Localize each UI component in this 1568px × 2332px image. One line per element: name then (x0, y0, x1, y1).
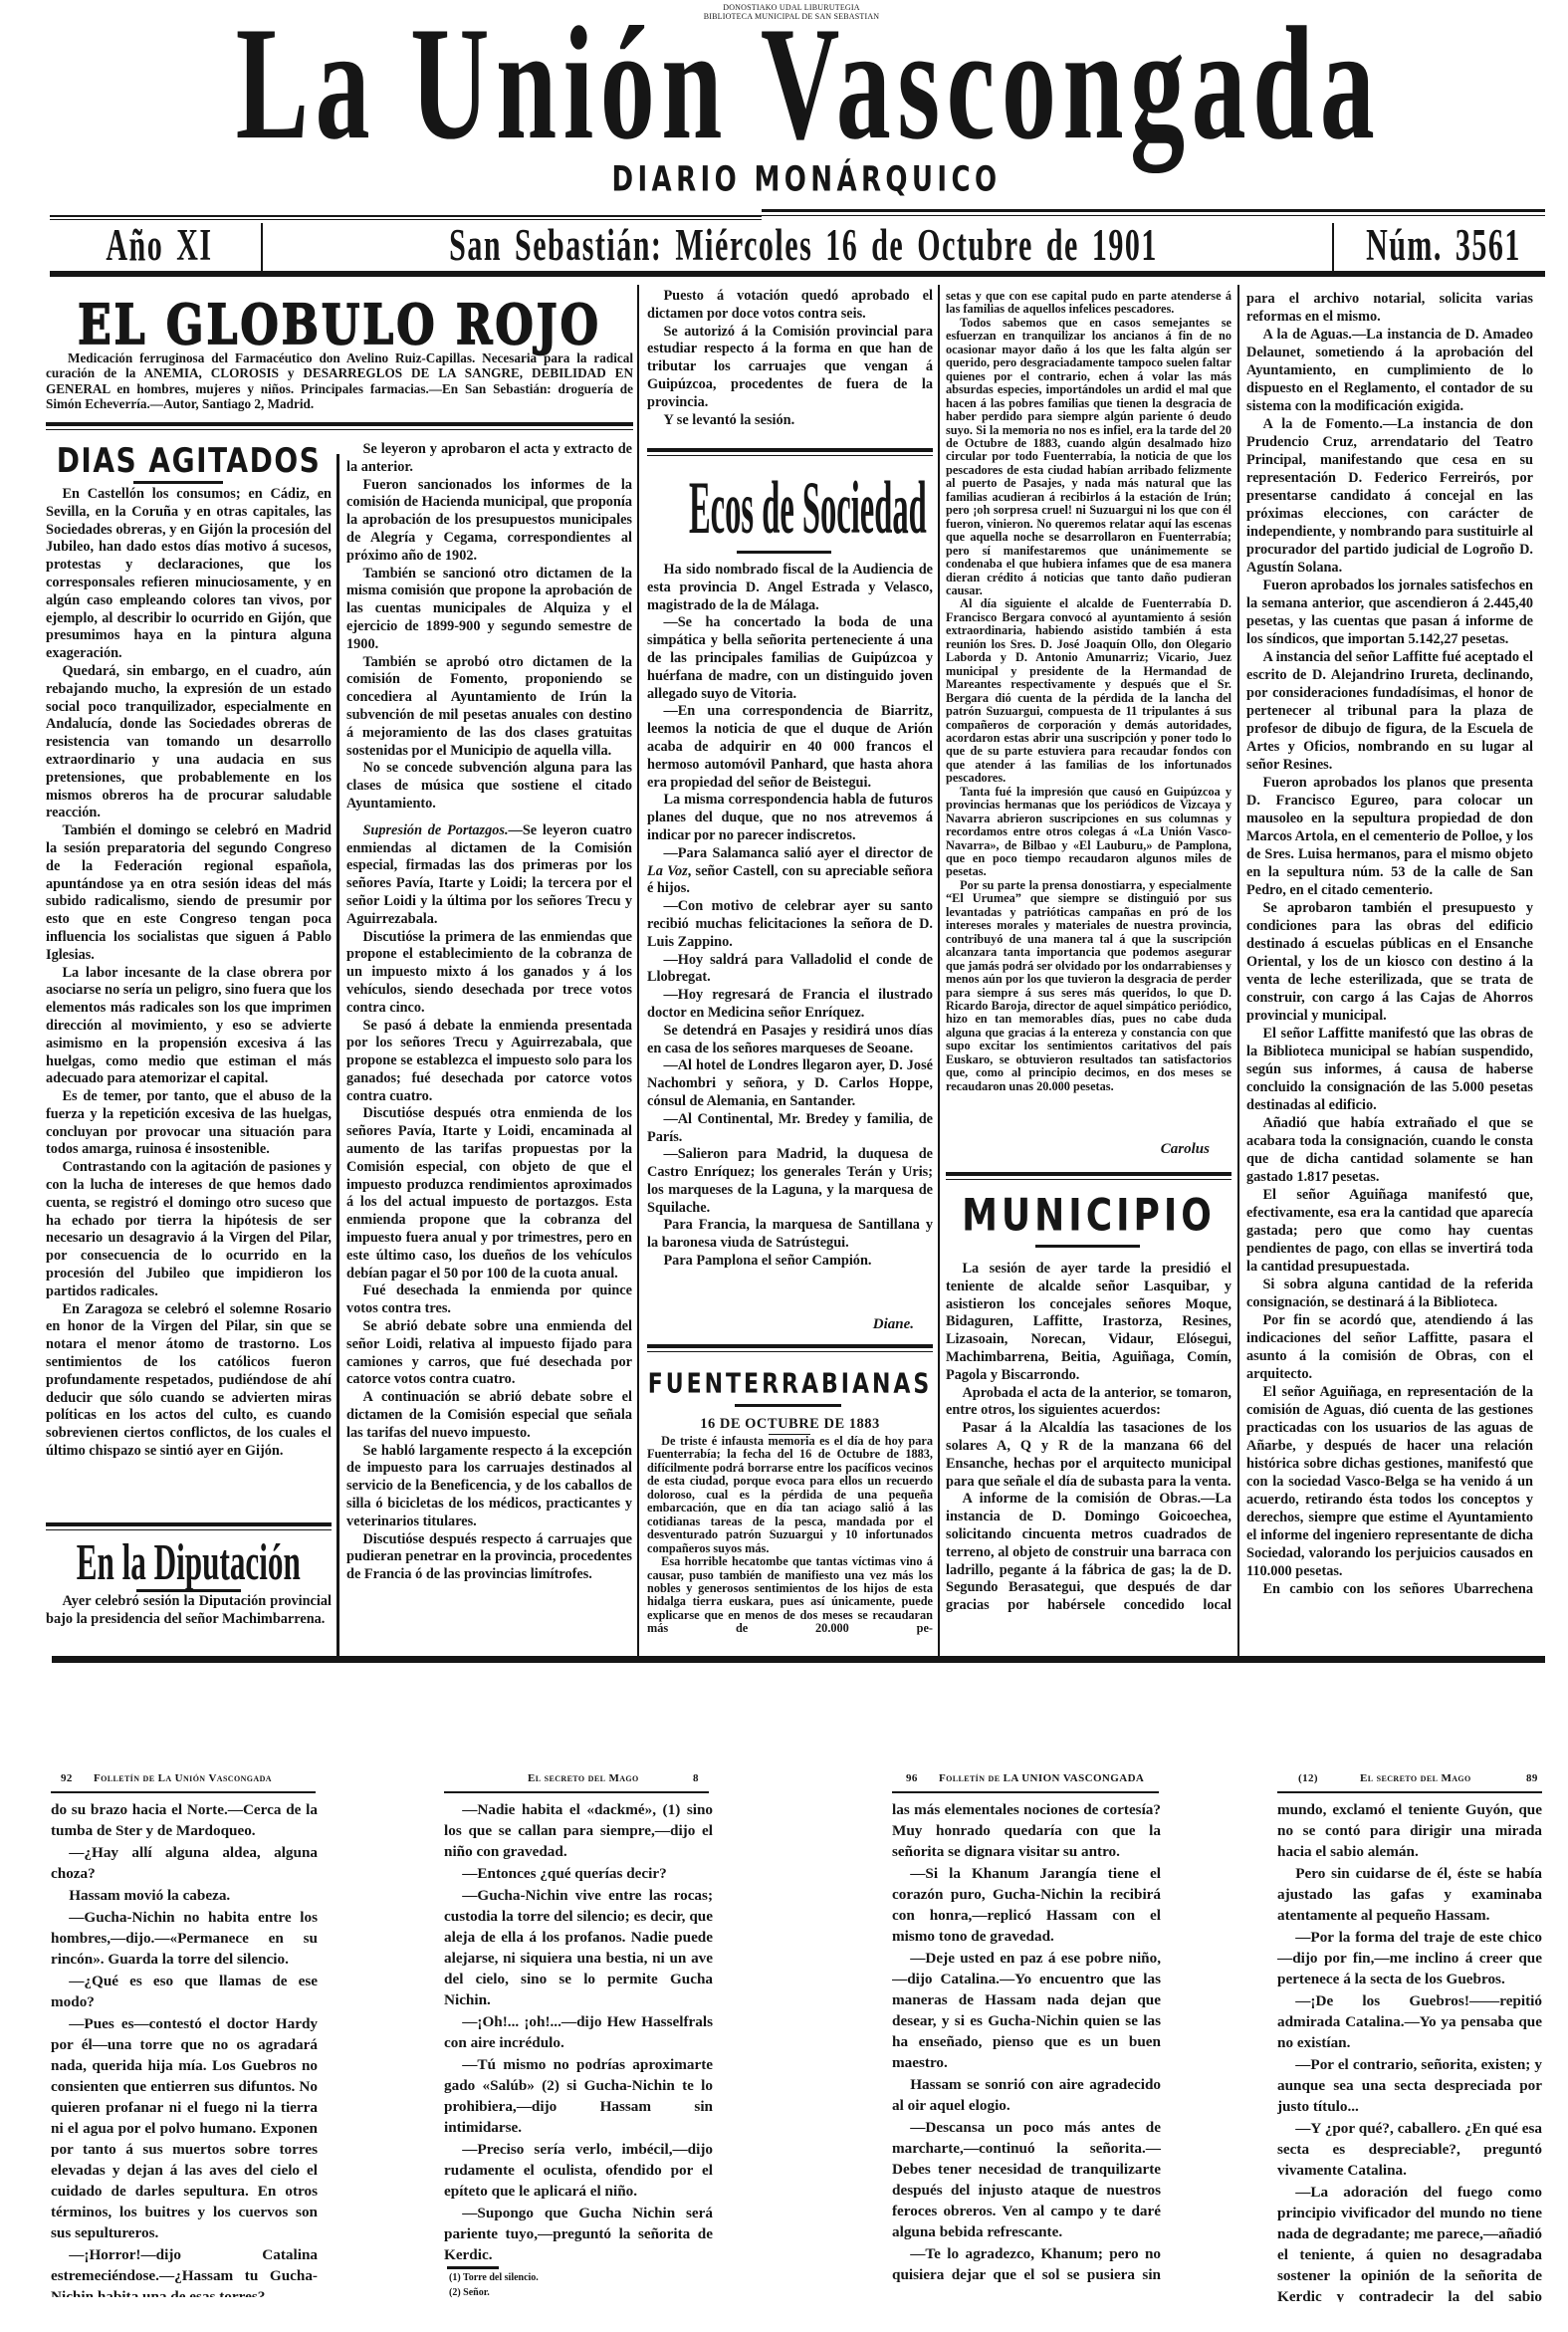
paragraph: Todos sabemos que en casos semejantes se… (946, 317, 1232, 598)
masthead-rule (762, 215, 1545, 216)
article-title-text: Ecos de Sociedad (689, 472, 927, 547)
article-title-text: FUENTERRABIANAS (648, 1371, 933, 1399)
paragraph: Por fin se acordó que, atendiendo á las … (1246, 1311, 1533, 1383)
paragraph: Se abrió debate sobre una enmienda del s… (346, 1318, 632, 1389)
folletin-header-rule (444, 1791, 709, 1793)
folletin-page-number: 96 (906, 1771, 918, 1785)
paragraph: Se autorizó á la Comisión provincial par… (647, 324, 933, 412)
paragraph: En Zaragoza se celebró el solemne Rosari… (46, 1301, 332, 1461)
paragraph: Pero sin cuidarse de él, éste se había a… (1277, 1863, 1542, 1926)
paragraph: A la de Fomento.—La instancia de don Pru… (1246, 415, 1533, 577)
newspaper-title: La Unión Vascongada (231, 2, 1386, 112)
paragraph: —Por el contrario, señorita, existen; y … (1277, 2054, 1542, 2117)
paragraph: —Salieron para Madrid, la duquesa de Cas… (647, 1146, 933, 1217)
paragraph: —Y ¿por qué?, caballero. ¿En qué esa sec… (1277, 2118, 1542, 2181)
article-title-ecos: Ecos de Sociedad (647, 472, 933, 516)
paragraph: También se aprobó otro dictamen de la co… (346, 654, 632, 761)
dateline-divider (1332, 223, 1334, 271)
folletin-header-title: El secreto del Mago (1360, 1771, 1471, 1785)
paragraph: —La adoración del fuego como principio v… (1277, 2182, 1542, 2302)
folletin-page-number: 8 (693, 1771, 699, 1785)
paragraph: Ha sido nombrado fiscal de la Audiencia … (647, 562, 933, 614)
paragraph: Es de temer, por tanto, que el abuso de … (46, 1088, 332, 1159)
paragraph: Se pasó á debate la enmienda presentada … (346, 1018, 632, 1106)
folletin-header: El secreto del Mago 8 (444, 1771, 713, 1787)
newspaper-subtitle: DIARIO MONÁRQUICO (558, 163, 1055, 189)
paragraph: Para Pamplona el señor Campión. (647, 1253, 933, 1271)
paragraph: —Por la forma del traje de este chico—di… (1277, 1927, 1542, 1989)
paragraph: —En una correspondencia de Biarritz, lee… (647, 703, 933, 792)
paragraph: A informe de la comisión de Obras.—La in… (946, 1491, 1232, 1615)
newspaper-page: DONOSTIAKO UDAL LIBURUTEGIA BIBLIOTECA M… (0, 0, 1568, 2332)
advertisement-title-text: EL GLOBULO ROJO (78, 299, 601, 353)
folletin-page-text: las más elementales nociones de cortesía… (892, 1799, 1161, 2297)
paragraph: Contrastando con la agitación de pasione… (46, 1159, 332, 1300)
folletin-page-text: do su brazo hacia el Norte.—Cerca de la … (51, 1799, 318, 2297)
paragraph: Por su parte la prensa donostiarra, y es… (946, 879, 1232, 1093)
divider-rule (647, 1344, 933, 1348)
folletin-header: 92 Folletín de La Unión Vascongada (51, 1771, 318, 1787)
paragraph: —Nadie habita el «dackmé», (1) sino los … (444, 1799, 713, 1862)
paragraph: El señor Aguiñaga manifestó que, efectiv… (1246, 1186, 1533, 1276)
signature-carolus: Carolus (946, 1141, 1210, 1158)
article-body-diputacion: Ayer celebró sesión la Diputación provin… (46, 1593, 332, 1655)
paragraph: —Tú mismo no podrías aproximarte gado «S… (444, 2054, 713, 2138)
paragraph: No se concede subvención alguna para las… (346, 760, 632, 813)
masthead-thick-rule (50, 271, 1545, 277)
paragraph: Se habló largamente respecto á la excepc… (346, 1443, 632, 1531)
paragraph: —Deje usted en paz á ese pobre niño,—dij… (892, 1948, 1161, 2073)
paragraph: Pasar á la Alcaldía las tasaciones de lo… (946, 1420, 1232, 1491)
advertisement-text: Medicación ferruginosa del Farmacéutico … (46, 350, 633, 412)
footnote: (1) Torre del silencio. (449, 2270, 708, 2285)
issue-number: Núm. 3561 (1364, 224, 1523, 254)
paragraph: También se sancionó otro dictamen de la … (346, 566, 632, 654)
paragraph: —Descansa un poco más antes de marcharte… (892, 2117, 1161, 2242)
folletin-page-text: mundo, exclamó el teniente Guyón, que no… (1277, 1799, 1542, 2302)
folletin-page-number: 92 (61, 1771, 73, 1785)
article-title-dias-agitados: DIAS AGITADOS (46, 444, 332, 472)
paragraph: Al día siguiente el alcalde de Fuenterra… (946, 597, 1232, 785)
paragraph: El señor Laffitte manifestó que las obra… (1246, 1025, 1533, 1114)
paragraph: —Al Continental, Mr. Bredey y familia, d… (647, 1111, 933, 1147)
paragraph: —Hoy regresará de Francia el ilustrado d… (647, 987, 933, 1023)
title-underline (735, 1404, 841, 1407)
paragraph: A continuación se abrió debate sobre el … (346, 1389, 632, 1442)
year-label: Año XI (90, 224, 229, 254)
paragraph: do su brazo hacia el Norte.—Cerca de la … (51, 1799, 318, 1841)
article-body-fuenterrabianas: De triste é infausta memoria es el día d… (647, 1435, 933, 1654)
article-title-text: En la Diputación (77, 1537, 301, 1589)
paragraph: —¡Oh!... ¡oh!...—dijo Hew Hasselfrals co… (444, 2011, 713, 2053)
paragraph: Para Francia, la marquesa de Santillana … (647, 1217, 933, 1253)
paragraph: —Pues es—contestó el doctor Hardy por él… (51, 2013, 318, 2243)
paragraph: las más elementales nociones de cortesía… (892, 1799, 1161, 1862)
paragraph: Se leyeron y aprobaron el acta y extract… (346, 441, 632, 477)
paragraph-text: , señor Castell, con su apreciable señor… (647, 863, 933, 897)
title-underline (133, 481, 223, 484)
folletin-page-text: —Nadie habita el «dackmé», (1) sino los … (444, 1799, 713, 2261)
paragraph: —Con motivo de celebrar ayer su santo re… (647, 898, 933, 951)
divider-rule (46, 429, 633, 430)
paragraph: También el domingo se celebró en Madrid … (46, 822, 332, 964)
paragraph: En cambio con los señores Ubarrechena (1246, 1580, 1533, 1598)
masthead-rule (50, 215, 762, 217)
paragraph: Discutióse después respecto á carruajes … (346, 1531, 632, 1584)
paragraph: Ayer celebró sesión la Diputación provin… (46, 1593, 332, 1629)
folletin-header-title: El secreto del Mago (528, 1771, 639, 1785)
column-divider (336, 454, 339, 1658)
divider-rule (647, 1351, 933, 1352)
article-body-dias-agitados: En Castellón los consumos; en Cádiz, en … (46, 486, 332, 1512)
footnote-rule (447, 2266, 499, 2269)
article-body-municipio: La sesión de ayer tarde la presidió el t… (946, 1261, 1232, 1654)
paragraph: —Hoy saldrá para Valladolid el conde de … (647, 952, 933, 988)
divider-rule (46, 422, 633, 426)
paragraph: Fueron aprobados los planos que presenta… (1246, 774, 1533, 899)
paragraph: La labor incesante de la clase obrera po… (46, 965, 332, 1089)
paragraph: Supresión de Portazgos.—Se leyeron cuatr… (346, 822, 632, 929)
article-body-municipio-col5: para el archivo notarial, solicita varia… (1246, 290, 1533, 1654)
paragraph: En Castellón los consumos; en Cádiz, en … (46, 486, 332, 663)
paragraph: Se aprobaron también el presupuesto y co… (1246, 899, 1533, 1025)
paragraph: El señor Aguiñaga, en representación de … (1246, 1383, 1533, 1580)
paragraph: —Preciso sería verlo, imbécil,—dijo ruda… (444, 2139, 713, 2202)
article-body-diputacion-col3: Puesto á votación quedó aprobado el dict… (647, 288, 933, 433)
paragraph: —Entonces ¿qué querías decir? (444, 1863, 713, 1884)
newspaper-subtitle-text: DIARIO MONÁRQUICO (612, 163, 1002, 197)
article-title-municipio: MUNICIPIO (946, 1195, 1232, 1231)
dateline-text: San Sebastián: Miércoles 16 de Octubre d… (449, 224, 1158, 269)
paragraph: mundo, exclamó el teniente Guyón, que no… (1277, 1799, 1542, 1862)
divider-rule (946, 1179, 1232, 1180)
paragraph: para el archivo notarial, solicita varia… (1246, 290, 1533, 326)
column-divider (1237, 285, 1239, 1658)
paragraph: Discutióse la primera de las enmiendas q… (346, 929, 632, 1018)
dateline-divider (261, 223, 263, 271)
section-bottom-rule (52, 1656, 1545, 1663)
masthead-rule (50, 219, 762, 220)
paragraph: Fueron sancionados los informes de la co… (346, 477, 632, 566)
paragraph: Fueron aprobados los jornales satisfecho… (1246, 577, 1533, 648)
newspaper-title-text: La Unión Vascongada (236, 2, 1382, 164)
divider-rule (46, 1522, 332, 1526)
article-subtitle: 16 DE OCTUBRE DE 1883 (647, 1416, 933, 1432)
paragraph: —Gucha-Nichin vive entre las rocas; cust… (444, 1885, 713, 2010)
paragraph: Hassam movió la cabeza. (51, 1885, 318, 1906)
paragraph: De triste é infausta memoria es el día d… (647, 1435, 933, 1555)
paragraph: A la de Aguas.—La instancia de D. Amadeo… (1246, 326, 1533, 415)
divider-rule (946, 1172, 1232, 1176)
section-lead: Supresión de Portazgos. (362, 822, 508, 838)
issue-number-text: Núm. 3561 (1366, 224, 1521, 269)
publication-name: La Voz (647, 863, 688, 879)
article-title-text: MUNICIPIO (962, 1195, 1216, 1239)
paragraph: Quedará, sin embargo, en el cuadro, aún … (46, 663, 332, 822)
dateline: San Sebastián: Miércoles 16 de Octubre d… (405, 224, 1202, 254)
title-underline (136, 1589, 241, 1592)
folletin-signature-mark: (12) (1298, 1771, 1318, 1785)
paragraph: Y se levantó la sesión. (647, 412, 933, 430)
paragraph: A instancia del señor Laffitte fué acept… (1246, 648, 1533, 774)
paragraph: La sesión de ayer tarde la presidió el t… (946, 1261, 1232, 1385)
year-text: Año XI (106, 224, 212, 269)
title-underline (1035, 1245, 1140, 1248)
paragraph: —Para Salamanca salió ayer el director d… (647, 845, 933, 898)
paragraph: Discutióse después otra enmienda de los … (346, 1105, 632, 1283)
paragraph: Fué desechada la enmienda por quince vot… (346, 1283, 632, 1318)
paragraph: La misma correspondencia habla de futuro… (647, 792, 933, 844)
paragraph: —Si la Khanum Jarangía tiene el corazón … (892, 1863, 1161, 1947)
paragraph: Si sobra alguna cantidad de la referida … (1246, 1276, 1533, 1311)
footnote: (2) Señor. (449, 2285, 708, 2300)
paragraph: —Gucha-Nichin no habita entre los hombre… (51, 1907, 318, 1970)
folletin-header-title: Folletín de La Unión Vascongada (94, 1771, 272, 1785)
paragraph-text: —Para Salamanca salió ayer el director d… (663, 845, 933, 861)
paragraph: —¡Horror!—dijo Catalina estremeciéndose.… (51, 2244, 318, 2297)
article-body-ecos: Ha sido nombrado fiscal de la Audiencia … (647, 562, 933, 1312)
paragraph: Se detendrá en Pasajes y residirá unos d… (647, 1023, 933, 1058)
article-body-diputacion-col2: Se leyeron y aprobaron el acta y extract… (346, 441, 632, 1654)
paragraph: —Se ha concertado la boda de una simpáti… (647, 614, 933, 703)
paragraph: Puesto á votación quedó aprobado el dict… (647, 288, 933, 324)
divider-rule (647, 448, 933, 452)
paragraph: —¿Qué es eso que llamas de ese modo? (51, 1971, 318, 2012)
paragraph: Añadió que había extrañado el que se aca… (1246, 1114, 1533, 1186)
paragraph: Tanta fué la impresión que causó en Guip… (946, 786, 1232, 879)
paragraph: —¿Hay allí alguna aldea, alguna choza? (51, 1842, 318, 1884)
paragraph: setas y que con ese capital pudo en part… (946, 290, 1232, 317)
divider-rule (647, 455, 933, 456)
paragraph: —Supongo que Gucha Nichin será pariente … (444, 2203, 713, 2261)
article-body-fuenterrabianas-col4: setas y que con ese capital pudo en part… (946, 290, 1232, 1138)
paragraph: Hassam se sonrió con aire agradecido al … (892, 2074, 1161, 2116)
footnotes: (1) Torre del silencio. (2) Señor. (449, 2270, 708, 2300)
paragraph: —¡De los Guebros!——repitió admirada Cata… (1277, 1990, 1542, 2053)
paragraph: Esa horrible hecatombe que tantas víctim… (647, 1555, 933, 1636)
signature-diane: Diane. (647, 1316, 914, 1333)
folletin-header: (12) El secreto del Mago 89 (1277, 1771, 1544, 1787)
paragraph: —Al hotel de Londres llegaron ayer, D. J… (647, 1057, 933, 1110)
column-divider (637, 285, 639, 1658)
divider-rule (46, 1529, 332, 1530)
folletin-page-number: 89 (1526, 1771, 1538, 1785)
column-divider (938, 285, 940, 1658)
paragraph: —Te lo agradezco, Khanum; pero no quisie… (892, 2243, 1161, 2285)
folletin-header: 96 Folletín de LA UNION VASCONGADA (892, 1771, 1161, 1787)
article-title-text: DIAS AGITADOS (57, 444, 322, 478)
folletin-header-title: Folletín de LA UNION VASCONGADA (939, 1771, 1144, 1785)
masthead-rule (762, 209, 1545, 212)
article-title-diputacion: En la Diputación (46, 1537, 332, 1575)
article-title-fuenterrabianas: FUENTERRABIANAS (647, 1371, 933, 1393)
paragraph: Aprobada el acta de la anterior, se toma… (946, 1385, 1232, 1421)
title-underline (737, 551, 831, 554)
folletin-header-rule (892, 1791, 1159, 1793)
folletin-header-rule (51, 1791, 316, 1793)
folletin-header-rule (1277, 1791, 1542, 1793)
advertisement-title: EL GLOBULO ROJO (46, 299, 633, 343)
